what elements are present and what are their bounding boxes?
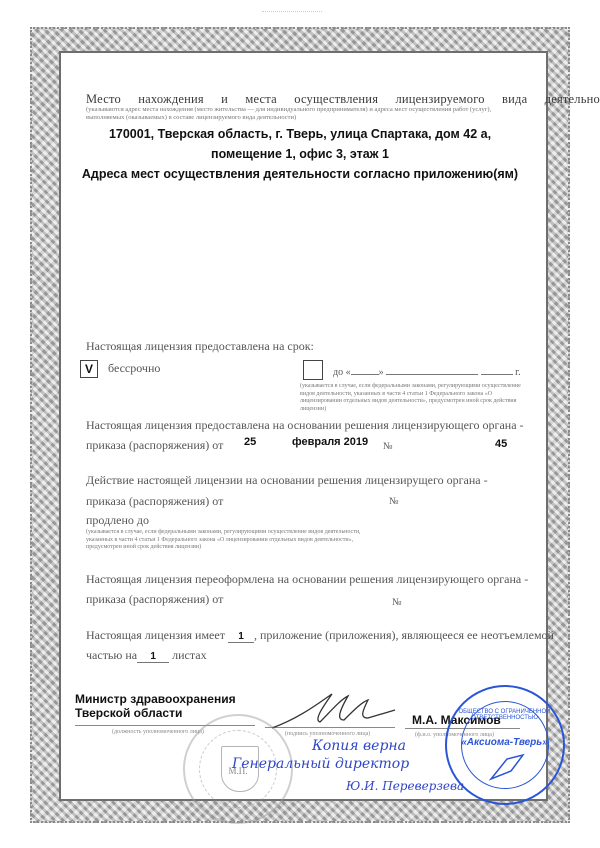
location-caption: (указываются адрес места нахождения (мес…	[86, 106, 530, 122]
basis-day: 25	[244, 436, 256, 448]
perpetual-label: бессрочно	[108, 361, 160, 376]
extension-caption: (указывается в случае, если федеральными…	[86, 529, 386, 552]
basis-number: 45	[495, 438, 507, 450]
reissue-number-sign: №	[392, 597, 402, 608]
position-line-2: Тверской области	[75, 706, 182, 720]
address-line-2: помещение 1, офис 3, этаж 1	[60, 147, 540, 161]
until-suffix: г.	[515, 367, 520, 378]
until-caption: (указывается в случае, если федеральными…	[300, 383, 528, 413]
until-month-blank	[386, 374, 478, 375]
address-line-1: 170001, Тверская область, г. Тверь, улиц…	[60, 127, 540, 141]
until-date-field: до «» г.	[333, 367, 521, 378]
term-label: Настоящая лицензия предоставлена на срок…	[86, 339, 314, 354]
position-caption: (должность уполномоченного лица)	[112, 729, 204, 735]
appendix-middle: , приложение (приложения), являющееся ее…	[254, 628, 554, 642]
stamp-ring-text: ОБЩЕСТВО С ОГРАНИЧЕННОЙ ОТВЕТСТВЕННОСТЬЮ	[447, 709, 562, 721]
address-line-3: Адреса мест осуществления деятельности с…	[60, 167, 540, 181]
until-mid: »	[379, 367, 384, 378]
license-page: Место нахождения и места осуществления л…	[0, 0, 600, 848]
until-checkbox[interactable]	[303, 360, 323, 380]
top-mark	[262, 11, 322, 15]
extension-line-2: приказа (распоряжения) от	[86, 494, 223, 509]
perpetual-checkbox[interactable]: V	[80, 360, 98, 378]
location-heading: Место нахождения и места осуществления л…	[86, 92, 526, 107]
extended-until-label: продлено до	[86, 513, 149, 528]
until-day-blank	[351, 374, 379, 375]
appendix-prefix: Настоящая лицензия имеет	[86, 628, 225, 642]
appendix-sheets-suffix: листах	[172, 648, 206, 662]
stamp-org-name: «Аксиома-Тверь»	[447, 737, 562, 748]
appendix-count: 1	[228, 631, 254, 643]
reissue-line-2: приказа (распоряжения) от	[86, 592, 223, 607]
extension-line-1: Действие настоящей лицензии на основании…	[86, 473, 488, 488]
basis-line-2: приказа (распоряжения) от	[86, 438, 223, 453]
extension-number-sign: №	[389, 496, 399, 507]
appendix-line-2: частью на1 листах	[86, 648, 207, 663]
handwritten-director-name: Ю.И. Переверзева	[346, 779, 464, 793]
appendix-sheets: 1	[137, 651, 169, 663]
reissue-line-1: Настоящая лицензия переоформлена на осно…	[86, 572, 528, 587]
appendix-line-1: Настоящая лицензия имеет 1, приложение (…	[86, 628, 554, 643]
appendix-part-prefix: частью на	[86, 648, 137, 662]
until-prefix: до «	[333, 367, 351, 378]
handwritten-copy-certified: Копия верна	[312, 738, 406, 754]
stamp-emblem-icon	[487, 753, 527, 783]
signature-icon	[270, 692, 400, 732]
basis-month-year: февраля 2019	[292, 436, 368, 448]
basis-line-1: Настоящая лицензия предоставлена на осно…	[86, 418, 524, 433]
until-year-blank	[481, 374, 513, 375]
position-line-1: Министр здравоохранения	[75, 692, 236, 706]
basis-number-sign: №	[383, 441, 393, 452]
handwritten-director-title: Генеральный директор	[232, 756, 409, 772]
